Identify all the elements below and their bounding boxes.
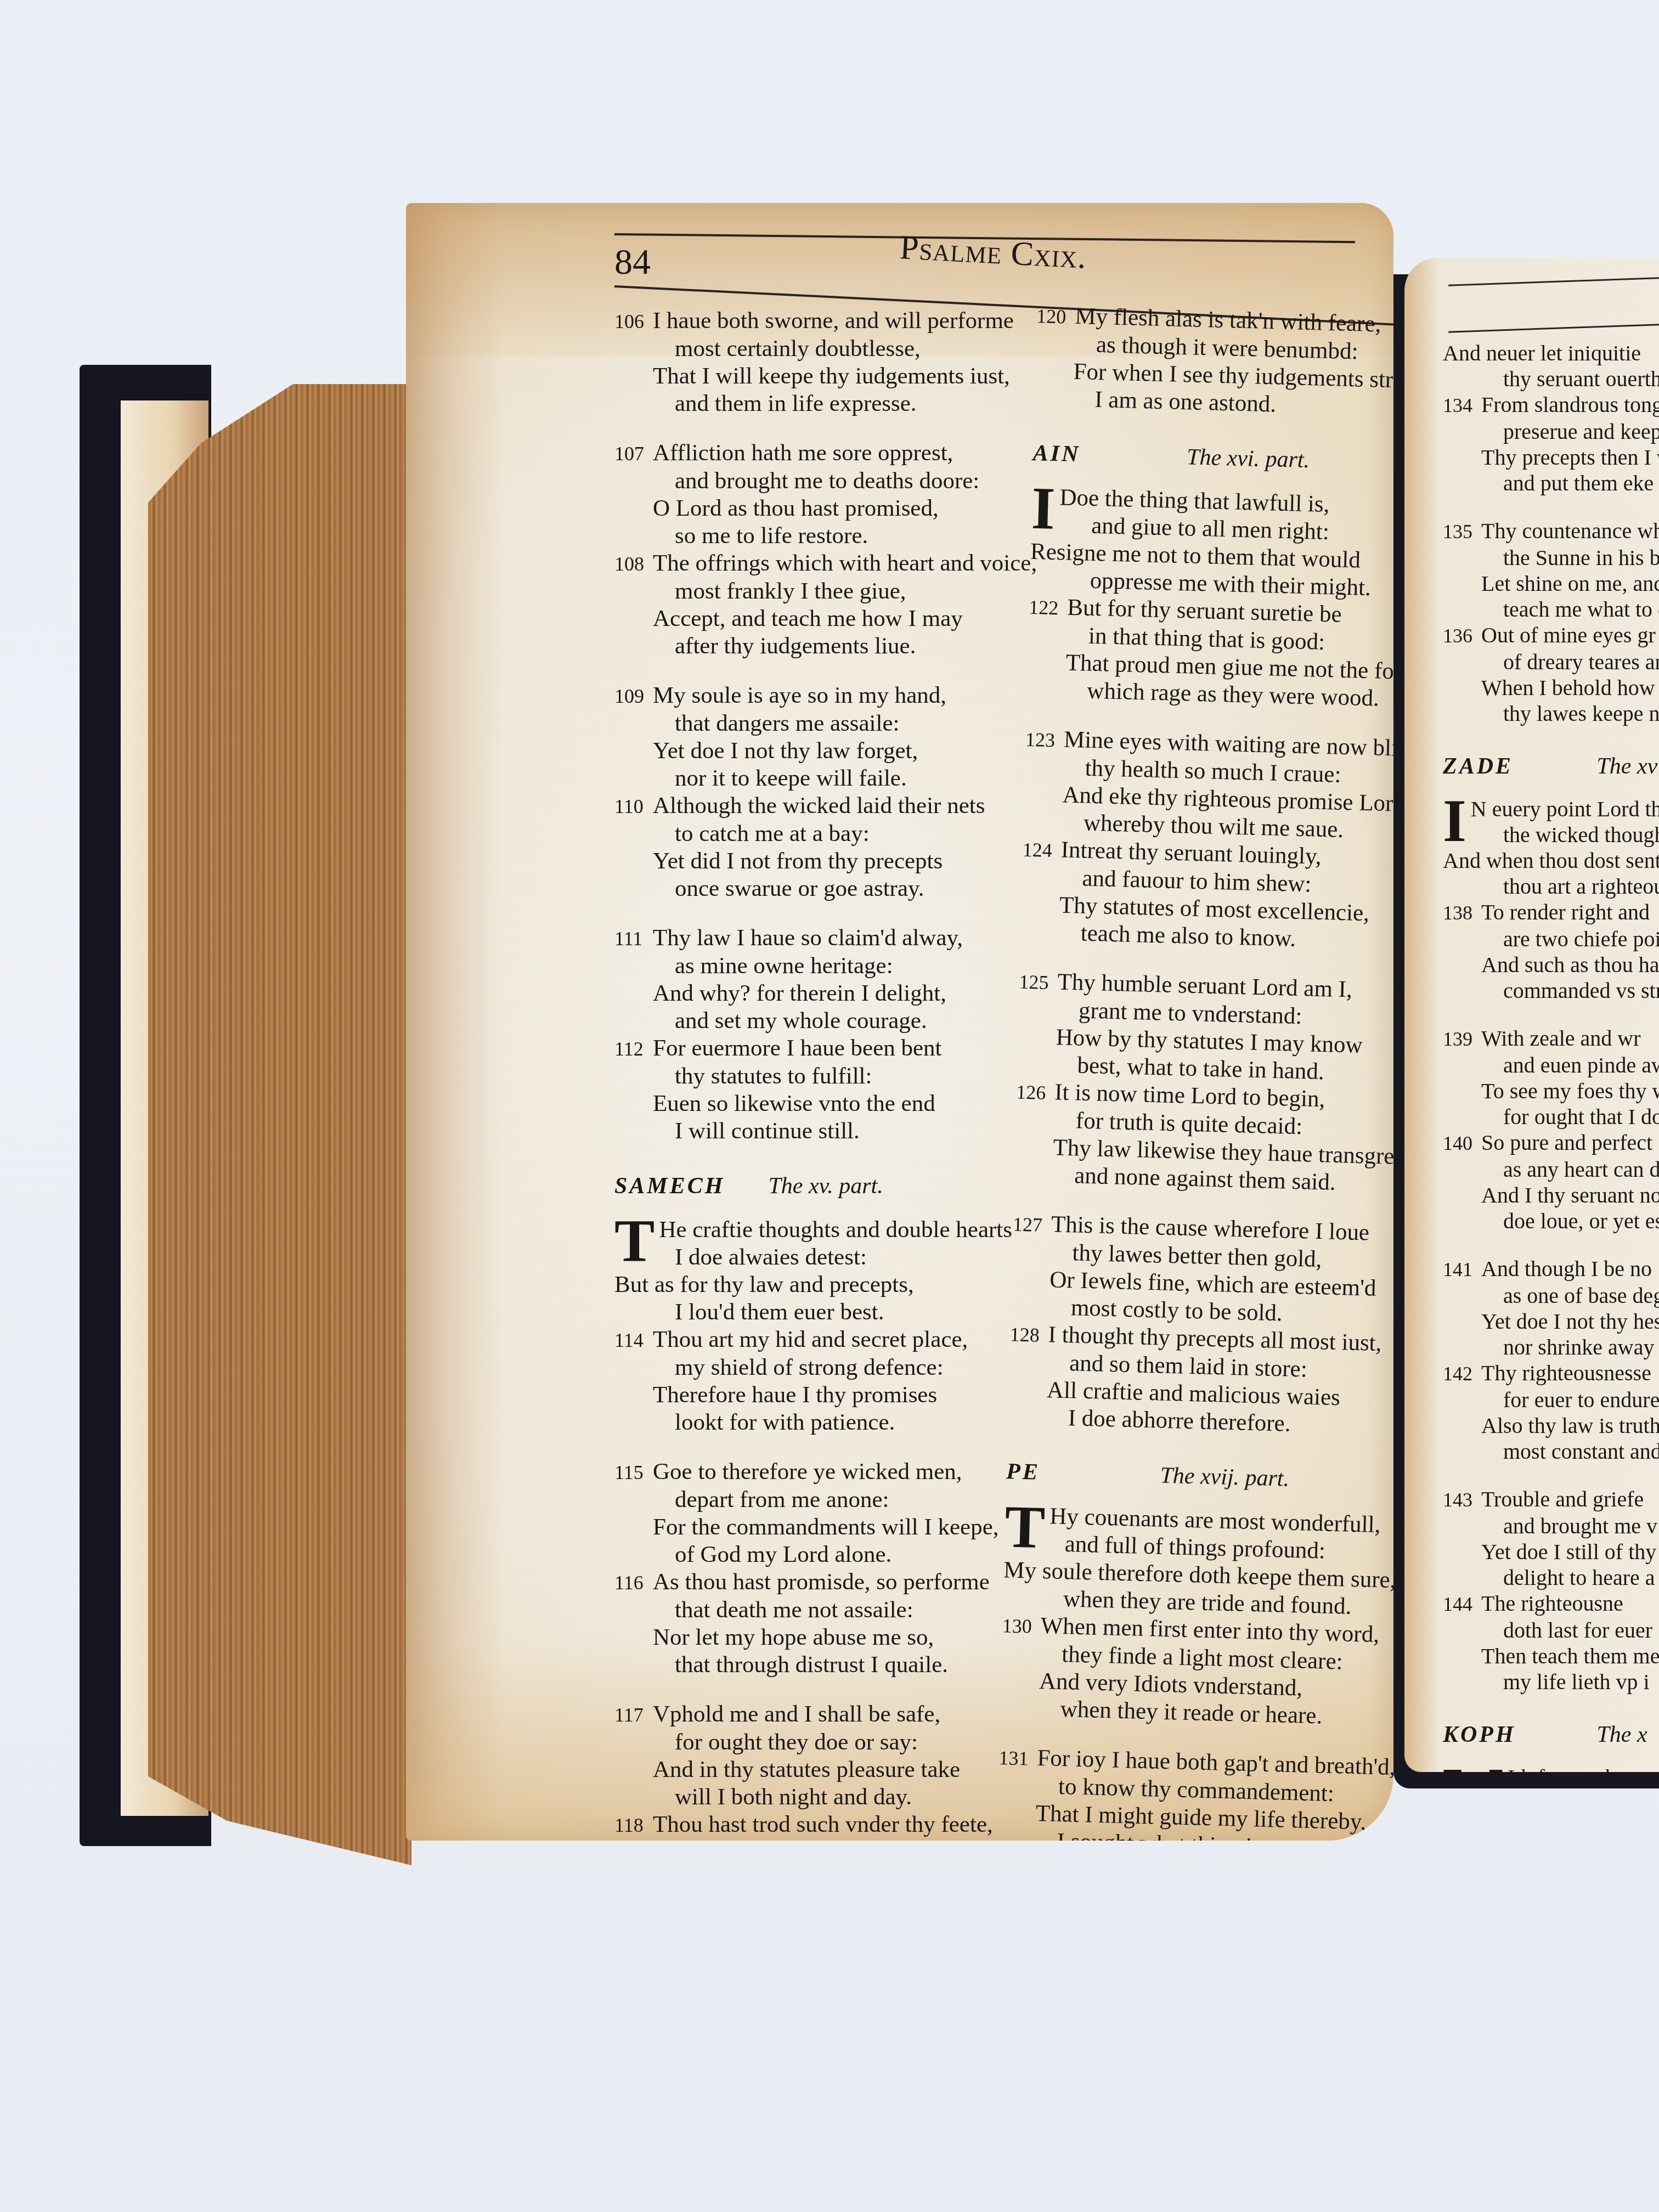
verse-line: and put them eke in (1443, 470, 1659, 496)
verse-line: that dangers me assaile: (614, 710, 1031, 737)
drop-cap: W (1443, 1764, 1503, 1772)
verse-line: my shield of strong defence: (614, 1354, 1031, 1381)
verse-line: teach me what to esc (1443, 596, 1659, 622)
verse-line: of dreary teares and (1443, 649, 1659, 675)
verse-line: of God my Lord alone. (614, 1541, 1031, 1568)
verse-line: 141And though I be no (1443, 1256, 1659, 1283)
verse-number: 125 (1019, 968, 1058, 997)
verse-line: to catch me at a bay: (614, 820, 1031, 848)
verse-line: 112For euermore I haue been bent (614, 1035, 1031, 1063)
verse: 144The righteousnedoth last for euerThen… (1443, 1590, 1659, 1695)
verse-line: And I thy seruant nothin (1443, 1182, 1659, 1208)
verse-line: delight to heare a (1443, 1565, 1659, 1590)
verse-number: 122 (1029, 594, 1068, 622)
verse-line: Therefore haue I thy promises (614, 1381, 1031, 1409)
part-label: The xvi. part. (1187, 444, 1310, 473)
verse-number: 128 (1009, 1321, 1048, 1349)
verse-line: 118Thou hast trod such vnder thy feete, (614, 1811, 1031, 1839)
verse-line: 116As thou hast promisde, so performe (614, 1568, 1031, 1596)
verse-line: most constant and (1443, 1438, 1659, 1464)
verse-line: most certainly doubtlesse, (614, 335, 1031, 363)
verse: 124Intreat thy seruant louingly,and fauo… (1020, 836, 1363, 955)
verse: IDoe the thing that lawfull is,and giue … (1029, 483, 1372, 602)
verse-line: as any heart can dee (1443, 1156, 1659, 1182)
verse-line: as one of base degr (1443, 1283, 1659, 1308)
verse: 118Thou hast trod such vnder thy feete,a… (614, 1811, 1031, 1841)
verse-line: thy seruant ouerthrow (1443, 366, 1659, 392)
verse: 127This is the cause wherefore I louethy… (1010, 1210, 1353, 1329)
verse-number: 123 (1025, 726, 1064, 754)
part-label: The xvii (1597, 754, 1659, 779)
facing-column: And neuer let iniquitiethy seruant ouert… (1443, 340, 1659, 1772)
part-heading-samech: SAMECH The xv. part. (614, 1172, 1031, 1200)
header-rule (1448, 321, 1659, 332)
verse-line: When I behold how wic (1443, 675, 1659, 701)
verse-number: 112 (614, 1035, 653, 1063)
verse: 108The offrings which with heart and voi… (614, 550, 1031, 660)
right-column: 120My flesh alas is tak'n with feare,as … (991, 302, 1377, 1841)
verse-line: my life lieth vp i (1443, 1669, 1659, 1695)
verse-line: lookt for with patience. (614, 1409, 1031, 1436)
verse-list: WIth feruent hnow answThat thy commandmI… (1443, 1764, 1659, 1772)
verse-line: thou art a righteous (1443, 873, 1659, 899)
verse-line: for ought they doe or say: (614, 1729, 1031, 1756)
verse-number: 116 (614, 1569, 653, 1596)
verse: 126It is now time Lord to begin,for trut… (1014, 1078, 1357, 1197)
verse-line: as doe thy statutes breake: (614, 1839, 1031, 1841)
verse-line: doth last for euer (1443, 1617, 1659, 1643)
part-heading-koph: KOPH The x (1443, 1722, 1659, 1748)
verse-line: Yet doe I not thy hests f (1443, 1308, 1659, 1334)
verse-number: 109 (614, 682, 653, 710)
verse-number: 107 (614, 440, 653, 467)
verse: THe craftie thoughts and double heartsI … (614, 1216, 1031, 1326)
verse-list: IDoe the thing that lawfull is,and giue … (1007, 483, 1372, 1440)
verse-line: preserue and keepe m (1443, 419, 1659, 444)
verse-line: And such as thou hast in (1443, 952, 1659, 978)
verse: 107Affliction hath me sore opprest,and b… (614, 439, 1031, 550)
verse: 120My flesh alas is tak'n with feare,as … (1034, 302, 1377, 421)
hebrew-letter: AIN (1032, 439, 1181, 471)
verse-line: But as for thy law and precepts, (614, 1271, 1031, 1299)
verse-number: 140 (1443, 1131, 1481, 1156)
verse-number: 143 (1443, 1487, 1481, 1513)
verse: 142Thy righteousnessefor euer to endure:… (1443, 1360, 1659, 1464)
verse-line: nor shrinke away f (1443, 1334, 1659, 1360)
verse-line: the wicked though (1443, 822, 1659, 848)
verse: 109My soule is aye so in my hand,that da… (614, 682, 1031, 792)
verse: WIth feruent hnow answThat thy commandmI… (1443, 1764, 1659, 1772)
verse-line: once swarue or goe astray. (614, 875, 1031, 902)
verse: 130When men first enter into thy word,th… (1000, 1611, 1342, 1730)
verse-list: 120My flesh alas is tak'n with feare,as … (1034, 302, 1377, 421)
part-heading-zade: ZADE The xvii (1443, 754, 1659, 780)
page-block-fore-edge (148, 384, 411, 1865)
verse: 122But for thy seruant suretie bein that… (1026, 593, 1369, 712)
verse-number: 139 (1443, 1026, 1481, 1052)
verse: 114Thou art my hid and secret place,my s… (614, 1326, 1031, 1436)
verse-list: IN euery point Lord ththe wicked thoughA… (1443, 796, 1659, 1695)
verse-number: 134 (1443, 393, 1481, 419)
verse-line: that through distrust I quaile. (614, 1651, 1031, 1679)
header-rule (1448, 275, 1659, 286)
verse-line: 140So pure and perfect (1443, 1130, 1659, 1156)
verse-line: that death me not assaile: (614, 1596, 1031, 1624)
part-heading-pe: PE The xvij. part. (1006, 1458, 1347, 1494)
verse-line: for euer to endure: (1443, 1387, 1659, 1413)
verse-line: nor it to keepe will faile. (614, 765, 1031, 792)
verse: 138To render right andare two chiefe poi… (1443, 899, 1659, 1003)
verse-line: thy lawes keepe neu (1443, 701, 1659, 726)
verse-line: And in thy statutes pleasure take (614, 1756, 1031, 1784)
verse: 136Out of mine eyes grof dreary teares a… (1443, 622, 1659, 726)
verse-line: 135Thy countenance wh (1443, 518, 1659, 545)
hebrew-letter: KOPH (1443, 1722, 1591, 1748)
verse-list: THy couenants are most wonderfull,and fu… (991, 1502, 1346, 1841)
verse: 117Vphold me and I shall be safe,for oug… (614, 1701, 1031, 1811)
facing-page: And neuer let iniquitiethy seruant ouert… (1404, 258, 1659, 1772)
verse-list: THe craftie thoughts and double heartsI … (614, 1216, 1031, 1841)
verse-number: 136 (1443, 623, 1481, 649)
verse-line: 143Trouble and griefe (1443, 1486, 1659, 1513)
verse: 116As thou hast promisde, so performetha… (614, 1568, 1031, 1679)
verse-line: O Lord as thou hast promised, (614, 495, 1031, 522)
verse-line: That I will keepe thy iudgements iust, (614, 363, 1031, 390)
verse-line: as mine owne heritage: (614, 952, 1031, 980)
verse: 141And though I be noas one of base degr… (1443, 1256, 1659, 1360)
verse-line: Yet doe I still of thy pr (1443, 1539, 1659, 1565)
verse-number: 138 (1443, 900, 1481, 926)
verse-line: and set my whole courage. (614, 1007, 1031, 1035)
verse-number: 118 (614, 1812, 653, 1839)
verse-line: 138To render right and (1443, 899, 1659, 926)
verse: 123Mine eyes with waiting are now blind,… (1023, 725, 1366, 844)
verse-line: Euen so likewise vnto the end (614, 1090, 1031, 1118)
part-label: The x (1597, 1722, 1647, 1747)
verse: 112For euermore I haue been bentthy stat… (614, 1035, 1031, 1145)
hebrew-letter: PE (1006, 1458, 1155, 1489)
page-number: 84 (614, 241, 651, 283)
verse: 111Thy law I haue so claim'd alway,as mi… (614, 924, 1031, 1035)
verse-line: And neuer let iniquitie (1443, 340, 1659, 366)
verse: 110Although the wicked laid their netsto… (614, 792, 1031, 902)
verse-number: 126 (1016, 1079, 1055, 1107)
drop-cap: T (1004, 1502, 1046, 1552)
verse-number: 117 (614, 1701, 653, 1729)
verse-line: 111Thy law I haue so claim'd alway, (614, 924, 1031, 952)
verse-line: Accept, and teach me how I may (614, 605, 1031, 633)
verse-line: 108The offrings which with heart and voi… (614, 550, 1031, 578)
part-label: The xvij. part. (1160, 1463, 1290, 1492)
verse-line: Also thy law is truth it (1443, 1413, 1659, 1438)
verse: 131For ioy I haue both gap't and breath'… (996, 1743, 1339, 1841)
verse: 125Thy humble seruant Lord am I,grant me… (1017, 968, 1359, 1087)
left-column: 106I haue both sworne, and will performe… (614, 307, 1031, 1841)
verse-line: and them in life expresse. (614, 390, 1031, 417)
verse: IN euery point Lord ththe wicked thoughA… (1443, 796, 1659, 899)
verse-line: 136Out of mine eyes gr (1443, 622, 1659, 649)
verse-line: and brought me v (1443, 1513, 1659, 1539)
verse-number: 130 (1002, 1612, 1041, 1640)
verse: And neuer let iniquitiethy seruant ouert… (1443, 340, 1659, 392)
verse-number: 144 (1443, 1592, 1481, 1617)
verse-number: 108 (614, 550, 653, 578)
drop-cap: T (614, 1216, 654, 1266)
verse: 139With zeale and wrand euen pinde awaTo… (1443, 1025, 1659, 1130)
verse-line: Yet doe I not thy law forget, (614, 737, 1031, 765)
verse-line: Then teach them me, f (1443, 1643, 1659, 1669)
verse-line: 115Goe to therefore ye wicked men, (614, 1458, 1031, 1486)
verse: 135Thy countenance whthe Sunne in his br… (1443, 518, 1659, 622)
verse-line: 144The righteousne (1443, 1590, 1659, 1617)
verse-line: 117Vphold me and I shall be safe, (614, 1701, 1031, 1729)
verse-line: doe loue, or yet este (1443, 1208, 1659, 1234)
verse-line: 106I haue both sworne, and will performe (614, 307, 1031, 335)
verse-line: will I both night and day. (614, 1784, 1031, 1811)
verse-line: To see my foes thy word (1443, 1078, 1659, 1104)
verse-line: 114Thou art my hid and secret place, (614, 1326, 1031, 1354)
verse-number: 110 (614, 793, 653, 820)
part-label: The xv. part. (769, 1173, 883, 1199)
verse-line: He craftie thoughts and double hearts (614, 1216, 1031, 1244)
verse-number: 131 (998, 1744, 1037, 1773)
verse: 115Goe to therefore ye wicked men,depart… (614, 1458, 1031, 1568)
verse-number: 106 (614, 308, 653, 335)
verse-line: for ought that I doe (1443, 1104, 1659, 1130)
verse-line: Yet did I not from thy precepts (614, 848, 1031, 875)
verse: 134From slandrous tongpreserue and keepe… (1443, 392, 1659, 496)
verse-number: 142 (1443, 1361, 1481, 1387)
drop-cap: I (1031, 483, 1056, 533)
verse-line: Thy precepts then I will (1443, 444, 1659, 470)
verse-line: Let shine on me, and by t (1443, 571, 1659, 596)
verse-line: and euen pinde awa (1443, 1052, 1659, 1078)
verse-line: so me to life restore. (614, 522, 1031, 550)
verse-line: depart from me anone: (614, 1486, 1031, 1514)
verse-line: 134From slandrous tong (1443, 392, 1659, 419)
verse: 128I thought thy precepts all most iust,… (1007, 1320, 1350, 1439)
verse-line: 142Thy righteousnesse (1443, 1360, 1659, 1387)
verse-number: 135 (1443, 519, 1481, 545)
verse-line: 139With zeale and wr (1443, 1025, 1659, 1052)
verse-number: 124 (1022, 836, 1061, 865)
verse-line: commanded vs strai (1443, 978, 1659, 1003)
part-heading-ain: AIN The xvi. part. (1032, 439, 1373, 476)
verse-line: For the commandments will I keepe, (614, 1514, 1031, 1541)
verse-number: 141 (1443, 1257, 1481, 1283)
verse-number: 114 (614, 1327, 653, 1354)
verse-line: 107Affliction hath me sore opprest, (614, 439, 1031, 467)
verse-line: N euery point Lord th (1443, 796, 1659, 822)
hebrew-letter: SAMECH (614, 1172, 763, 1200)
hebrew-letter: ZADE (1443, 754, 1591, 780)
verse-line: are two chiefe poin (1443, 926, 1659, 952)
verse-line: Nor let my hope abuse me so, (614, 1624, 1031, 1651)
verse: 140So pure and perfectas any heart can d… (1443, 1130, 1659, 1234)
verse-number: 127 (1012, 1210, 1051, 1239)
verse-number: 120 (1036, 302, 1075, 331)
verse: 106I haue both sworne, and will performe… (614, 307, 1031, 417)
verse-number: 115 (614, 1459, 653, 1486)
main-page: 84 Psalme Cxix. 106I haue both sworne, a… (406, 203, 1393, 1841)
verse-list: And neuer let iniquitiethy seruant ouert… (1443, 340, 1659, 726)
verse-line: the Sunne in his brig (1443, 545, 1659, 571)
verse-line: I will continue still. (614, 1118, 1031, 1145)
verse-line: after thy iudgements liue. (614, 633, 1031, 660)
verse-line: And when thou dost sent (1443, 848, 1659, 873)
verse-line: thy statutes to fulfill: (614, 1063, 1031, 1090)
verse-line: 110Although the wicked laid their nets (614, 792, 1031, 820)
verse-line: I doe alwaies detest: (614, 1244, 1031, 1271)
verse-line: And why? for therein I delight, (614, 980, 1031, 1007)
verse-line: and brought me to deaths doore: (614, 467, 1031, 495)
verse: THy couenants are most wonderfull,and fu… (1002, 1502, 1345, 1620)
verse-number: 111 (614, 925, 653, 952)
verse-list: 106I haue both sworne, and will performe… (614, 307, 1031, 1145)
verse-line: I lou'd them euer best. (614, 1299, 1031, 1326)
drop-cap: I (1443, 796, 1466, 845)
water-stain-left (406, 203, 505, 1841)
verse-line: 109My soule is aye so in my hand, (614, 682, 1031, 710)
verse: 143Trouble and griefeand brought me vYet… (1443, 1486, 1659, 1590)
verse-line: most frankly I thee giue, (614, 578, 1031, 605)
